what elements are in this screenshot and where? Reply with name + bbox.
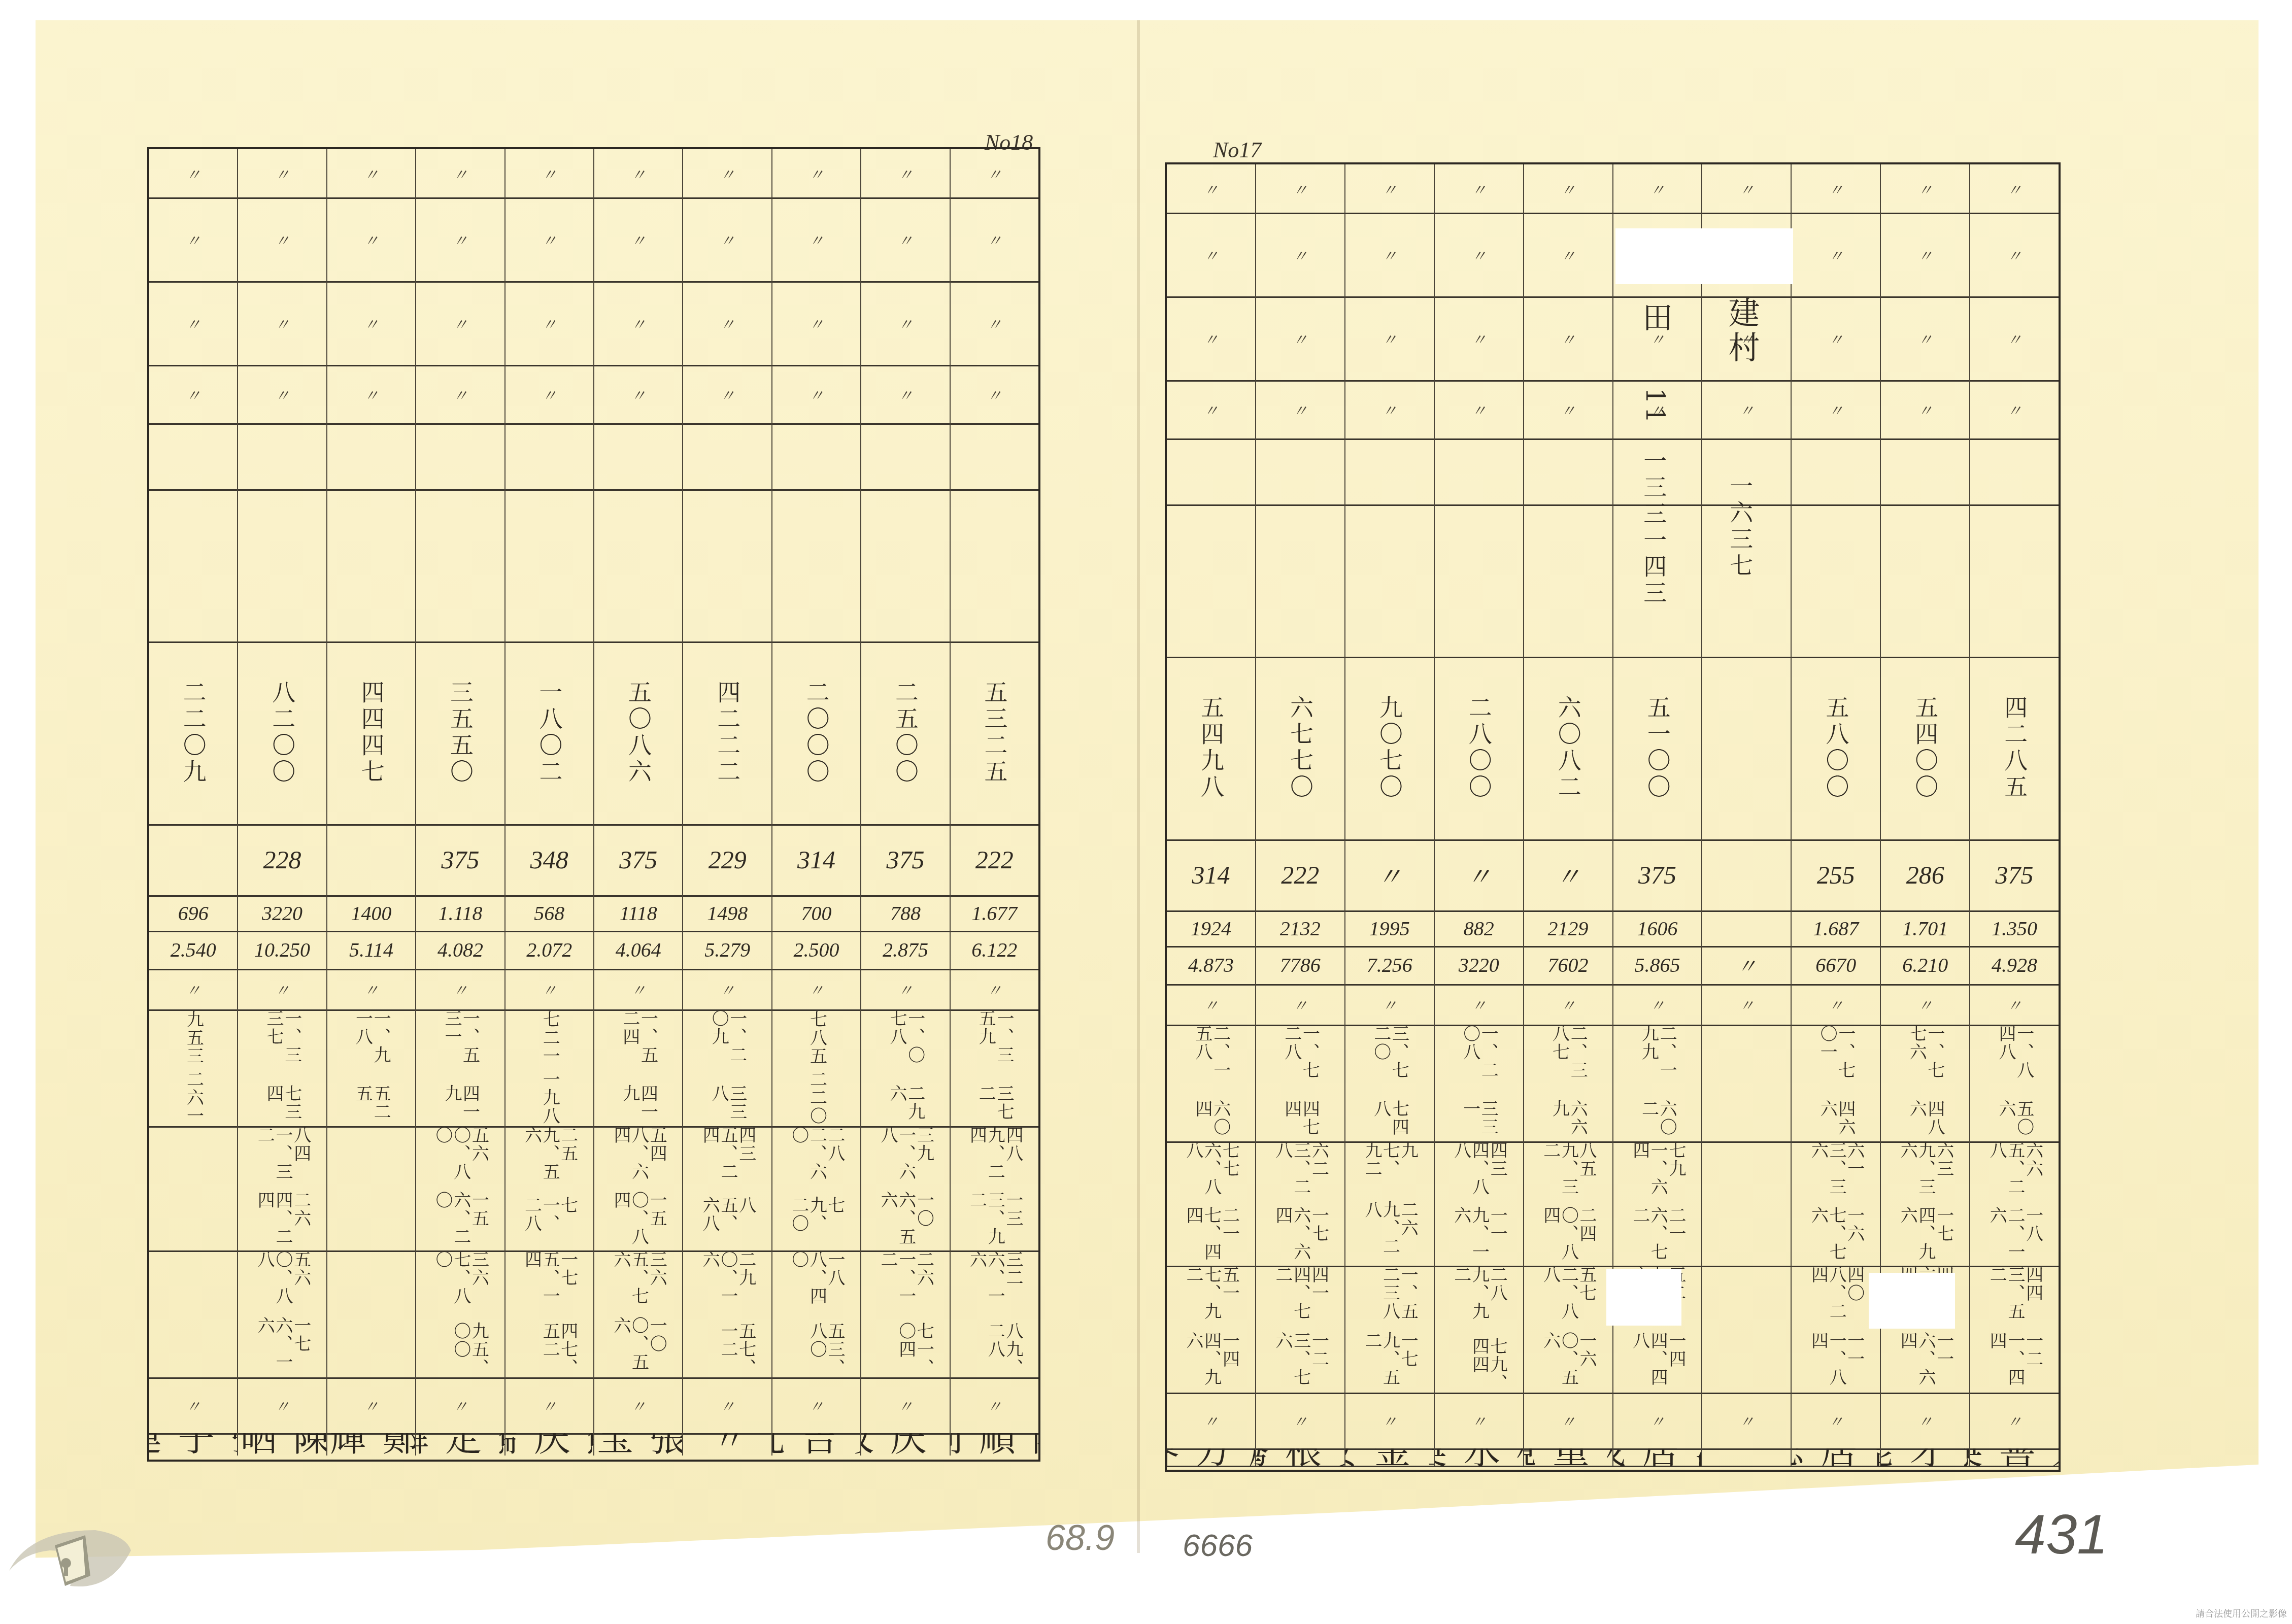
ditto-mark: 〃 [898, 1394, 913, 1416]
figure-value: 八五、六八 [700, 1196, 755, 1250]
ledger-cell: 〃 [1792, 213, 1881, 296]
figure-pair: 四六六一、七〇一 [1818, 1025, 1854, 1141]
ledger-cell [1792, 438, 1881, 504]
person-name: 王金安 [1345, 1448, 1435, 1466]
ledger-cell [505, 489, 594, 641]
ditto-mark: 〃 [987, 978, 1002, 1000]
ditto-mark: 〃 [1917, 398, 1933, 421]
ledger-cell: 228 [238, 824, 327, 895]
figure-value: 九五三 [184, 1010, 203, 1065]
ditto-mark: 〃 [542, 162, 557, 185]
ledger-cell: 255 [1792, 839, 1881, 910]
figure-pair: 一六七、七六六一三、三六 [1809, 1141, 1863, 1266]
ledger-cell: 一三三、九二四八九、二四 [951, 1126, 1038, 1250]
ditto-mark: 〃 [631, 162, 646, 185]
amount_a-value: 700 [801, 901, 832, 925]
ditto-mark: 〃 [1203, 398, 1219, 421]
ledger-cell: 〃 [1435, 839, 1524, 910]
ditto-mark: 〃 [987, 1394, 1002, 1416]
ledger-row-8: 228375348375229314375222 [149, 824, 1038, 897]
ledger-cell: 〃 [594, 149, 683, 197]
figure-pair: 一六〇、五六五七二、八八 [1541, 1266, 1595, 1393]
ledger-cell: 五二五一、九一八 [327, 1009, 416, 1126]
figure-value: 七一、〇四 [878, 1322, 932, 1377]
ledger-cell: 八五、六八四三五、二四 [683, 1126, 772, 1250]
amount_b-value: 3220 [1459, 953, 1499, 977]
ledger-cell: 1.118 [416, 895, 505, 931]
ditto-mark: 〃 [186, 978, 201, 1000]
figure-value: 一、〇七八 [887, 1009, 923, 1079]
ledger-cell [683, 423, 772, 489]
ledger-cell: 〃 [1256, 380, 1345, 438]
total-value: 二五〇〇 [893, 680, 918, 786]
ledger-cell [951, 423, 1038, 489]
person-name: 柯水吳 [1435, 1448, 1524, 1466]
ledger-row-16: 施万界黄根腾王金安柯水吳楊重鏡潘居茂許居忠蘇才能刘善英 [1167, 1448, 2059, 1467]
ditto-mark: 〃 [1561, 327, 1576, 350]
amount_b-value: 2.500 [794, 938, 839, 962]
ledger-row-5 [149, 423, 1038, 491]
ledger-cell: 5.114 [327, 931, 416, 969]
ledger-cell: 〃 [327, 281, 416, 365]
figure-value: 六六九 [1550, 1100, 1586, 1142]
total-value: 五三二五 [982, 680, 1006, 786]
figure-value: 二六一、一二 [878, 1250, 932, 1317]
figure-value: 九五、〇〇 [433, 1322, 487, 1377]
ledger-cell: 〃 [1345, 380, 1435, 438]
ledger-row-16: 張子連陳晒鄭輝蘇定舜蘇庆瑞張宝〃黄吉凡丁庆紋陳順利 [149, 1433, 1038, 1456]
ledger-row-7: 二二〇九八二〇〇四四四七三五五〇一八〇二五〇八六四二二二二〇〇〇二五〇〇五三二五 [149, 641, 1038, 826]
amount_a-value: 1606 [1637, 917, 1677, 940]
figure-value: 二、一五八 [1193, 1025, 1229, 1095]
figure-value: 二六一 [184, 1070, 203, 1125]
amount_b-value: 2.540 [171, 938, 216, 962]
ledger-cell [416, 423, 505, 489]
figure-value: 三九一、六八 [878, 1126, 932, 1186]
ledger-cell: 〃 [861, 281, 950, 365]
ledger-cell [238, 489, 327, 641]
ledger-row-14: 一七六、一六五六〇、八八九五、〇〇三六七、八〇四七、五二一七五、一四一〇〇、五六… [149, 1250, 1038, 1379]
ditto-mark: 〃 [542, 978, 557, 1000]
ditto-mark: 〃 [809, 1394, 824, 1416]
ledger-cell: 黄根腾 [1256, 1448, 1345, 1466]
ledger-cell: 二二〇七八五 [772, 1009, 861, 1126]
ledger-cell: 229 [683, 824, 772, 895]
ditto-mark: 〃 [1471, 993, 1487, 1016]
total-value: 五八〇〇 [1824, 695, 1848, 801]
ditto-mark: 〃 [631, 312, 646, 334]
ledger-cell: 〃 [1524, 164, 1613, 213]
ledger-cell: 〃 [238, 365, 327, 423]
ledger-row-12: 二六一九五三七三四一、三三七五二五一、九一八四一九一、五三一一九八七二一四一九一… [149, 1009, 1038, 1128]
amount_a-value: 568 [534, 901, 564, 925]
ledger-cell: 〃 [327, 1377, 416, 1433]
ledger-cell: 〃 [683, 365, 772, 423]
figure-value: 一七五、一四 [522, 1250, 577, 1317]
ledger-cell: 〃 [1613, 984, 1703, 1025]
ledger-cell [1970, 438, 2059, 504]
ditto-mark: 〃 [1561, 1409, 1576, 1432]
ledger-cell: 〃 [1970, 296, 2059, 380]
amount_a-value: 1.118 [438, 901, 482, 925]
ledger-cell: 〃 [861, 149, 950, 197]
ledger-cell: 〃 [149, 197, 238, 281]
ledger-cell: 八九、二八三二六、一六 [951, 1250, 1038, 1377]
ditto-mark: 〃 [1471, 398, 1487, 421]
ditto-mark: 〃 [631, 228, 646, 251]
ledger-cell: 二〇〇〇 [772, 641, 861, 824]
ledger-cell: 1.350 [1970, 910, 2059, 946]
ditto-mark: 〃 [631, 978, 646, 1000]
ditto-mark: 〃 [1739, 178, 1754, 200]
ledger-row-5 [1167, 438, 2059, 506]
ledger-cell: 陳晒 [238, 1433, 327, 1456]
amount_a-value: 1.687 [1813, 917, 1859, 940]
ledger-cell: 〃 [238, 197, 327, 281]
ledger-cell: 〃 [1524, 1393, 1613, 1448]
total-value: 三五五〇 [448, 680, 473, 786]
figure-value: 七九一、六四 [1630, 1141, 1684, 1201]
figure-pair: 二四〇、八四八五九、三二 [1541, 1141, 1595, 1266]
amount_b-value: 7602 [1548, 953, 1589, 977]
ditto-mark: 〃 [1203, 178, 1219, 200]
ledger-cell: 〃 [1881, 1393, 1970, 1448]
person-name: 刘善英 [1970, 1448, 2059, 1466]
amount_b-value: 6.122 [971, 938, 1017, 962]
ledger-cell: 568 [505, 895, 594, 931]
figure-value: 三七二 [976, 1085, 1013, 1127]
ledger-cell: 六六九二、三八七 [1524, 1025, 1613, 1141]
ledger-cell: 4.082 [416, 931, 505, 969]
rate-value: 〃 [1377, 857, 1402, 893]
ledger-cell: 〃 [1167, 984, 1256, 1025]
ledger-cell [1881, 504, 1970, 657]
figure-value: 一八二、一六 [1987, 1206, 2042, 1266]
figure-value: 五三、八〇 [789, 1322, 844, 1377]
figure-pair: 八五、六八四三五、二四 [700, 1126, 755, 1250]
ledger-cell: 7602 [1524, 946, 1613, 984]
ledger-cell: 三三一一、二〇八 [1435, 1025, 1524, 1141]
figure-pair: 一二三、七六四一四、七二 [1273, 1266, 1327, 1393]
amount_a-value: 788 [890, 901, 921, 925]
figure-value: 一〇〇、五六 [611, 1316, 665, 1377]
ledger-cell: 〃 [149, 149, 238, 197]
ditto-mark: 〃 [1917, 993, 1933, 1016]
ledger-cell: 三七二一、三五九 [951, 1009, 1038, 1126]
ledger-cell: 5.865 [1613, 946, 1703, 984]
person-name: 陳順利 [951, 1433, 1038, 1456]
ledger-cell: 〃 [1256, 1393, 1345, 1448]
ditto-mark: 〃 [2007, 244, 2022, 266]
ledger-cell: 潘居茂 [1613, 1448, 1703, 1466]
ditto-mark: 〃 [1293, 1409, 1308, 1432]
person-name: 許居忠 [1792, 1448, 1881, 1466]
ledger-cell [1792, 504, 1881, 657]
left-ledger-table: 〃〃〃〃〃〃〃〃〃〃〃〃〃〃〃〃〃〃〃〃〃〃〃〃〃〃〃〃〃〃〃〃〃〃〃〃〃〃〃〃… [147, 147, 1040, 1462]
ledger-cell: 〃 [1435, 213, 1524, 296]
figure-value: 一二三、七六 [1273, 1332, 1327, 1393]
figure-value: 三三八 [709, 1085, 745, 1127]
ledger-cell [1881, 438, 1970, 504]
ledger-cell: 〃 [149, 1377, 238, 1433]
ledger-cell: 〃 [861, 969, 950, 1009]
figure-pair: 一〇〇、五六三六五、七六 [611, 1250, 665, 1377]
ledger-cell: 施万界 [1167, 1448, 1256, 1466]
figure-value: 八五九、三二 [1541, 1141, 1595, 1201]
figure-value: 六三九、三六 [1898, 1141, 1952, 1201]
ledger-cell: 〃 [1970, 1393, 2059, 1448]
ledger-row-10: 2.54010.2505.1144.0822.0724.0645.2792.50… [149, 931, 1038, 970]
figure-value: 一九八 [540, 1070, 558, 1125]
figure-value: 一、五三一 [442, 1009, 478, 1079]
ledger-cell: 〃 [1702, 1393, 1792, 1448]
ledger-cell: 〃 [1970, 984, 2059, 1025]
rate-value: 229 [709, 845, 747, 874]
ledger-cell: 楊重鏡 [1524, 1448, 1613, 1466]
ditto-mark: 〃 [1293, 327, 1308, 350]
ledger-cell: 七九、四四二八九、九二 [1435, 1266, 1524, 1393]
figure-value: 二五九、五六 [522, 1126, 577, 1191]
ledger-cell: 〃 [1167, 380, 1256, 438]
figure-value: 一一六、六四 [1898, 1332, 1952, 1393]
ditto-mark: 〃 [1471, 1409, 1487, 1432]
figure-value: 六〇四 [1193, 1100, 1229, 1142]
usage-watermark: 請合法使用公開之影像 [2196, 1607, 2287, 1620]
ledger-cell: 七九、二〇二八二、六〇 [772, 1126, 861, 1250]
figure-value: 二九〇、一六 [700, 1250, 755, 1317]
figure-value: 三二六、一六 [967, 1250, 1022, 1317]
figure-value: 二四〇、八四 [1541, 1206, 1595, 1266]
figure-value: 七三四 [264, 1085, 300, 1127]
ledger-cell: 蘇庆瑞 [505, 1433, 594, 1456]
ledger-cell: 蘇定舜 [416, 1433, 505, 1456]
ditto-mark: 〃 [1561, 993, 1576, 1016]
ledger-cell [149, 1250, 238, 1377]
figure-value: 一、三五九 [976, 1009, 1013, 1079]
figure-pair: 五二五一、九一八 [353, 1009, 389, 1126]
figure-value: 一四四、四八 [1630, 1332, 1684, 1393]
person-name: 張宝 [594, 1433, 683, 1456]
figure-value: 一、七〇一 [1818, 1025, 1854, 1095]
ledger-cell: 6670 [1792, 946, 1881, 984]
figure-value: 四四三、五二 [1987, 1266, 2042, 1327]
ledger-cell: 一七四、九六六三九、三六 [1881, 1141, 1970, 1266]
figure-value: 六〇二 [1639, 1100, 1675, 1142]
person-name: 蘇庆瑞 [505, 1433, 594, 1456]
ledger-row-2: 〃〃〃〃〃〃〃〃〃〃 [149, 197, 1038, 283]
ledger-cell: 黄吉凡 [772, 1433, 861, 1456]
rate-value: 228 [263, 845, 301, 874]
ledger-cell: 〃 [416, 969, 505, 1009]
ledger-cell: 〃 [505, 197, 594, 281]
ledger-cell [1702, 839, 1792, 910]
total-value: 九〇七〇 [1377, 695, 1402, 801]
ledger-cell: 二九六一、〇七八 [861, 1009, 950, 1126]
ditto-mark: 〃 [1382, 244, 1397, 266]
figure-value: 七九、二〇 [789, 1196, 844, 1250]
ledger-cell [951, 489, 1038, 641]
ledger-cell [861, 489, 950, 641]
ledger-row-9: 696322014001.118568111814987007881.677 [149, 895, 1038, 932]
ledger-cell: 6.210 [1881, 946, 1970, 984]
ledger-cell: 〃 [1881, 380, 1970, 438]
redaction-block [1615, 228, 1793, 284]
figure-value: 一七四、九六 [1898, 1206, 1952, 1266]
ledger-cell: 〃 [505, 149, 594, 197]
ledger-cell: 〃 [1970, 164, 2059, 213]
ledger-cell: 一六〇、五六五七二、八八 [1524, 1266, 1613, 1393]
amount_a-value: 2132 [1280, 917, 1321, 940]
ledger-cell: 七一、二八二五九、五六 [505, 1126, 594, 1250]
ditto-mark: 〃 [453, 383, 468, 405]
amount_b-value: 4.064 [616, 938, 661, 962]
figure-pair: 二二〇七八五 [807, 1010, 826, 1125]
ledger-cell: 2132 [1256, 910, 1345, 946]
ledger-row-15: 〃〃〃〃〃〃〃〃〃〃 [149, 1377, 1038, 1435]
ledger-cell: 四七四一、七二八 [1256, 1025, 1345, 1141]
ledger-cell: 2.500 [772, 931, 861, 969]
ledger-cell: 696 [149, 895, 238, 931]
rate-value: 222 [1281, 860, 1319, 890]
ledger-cell [1702, 657, 1792, 839]
figure-value: 二八二、六〇 [789, 1126, 844, 1191]
ledger-row-1: 〃〃〃〃〃〃〃〃〃〃 [149, 149, 1038, 199]
figure-value: 六二三、二八 [1273, 1141, 1327, 1201]
ledger-cell: 一六七、七六六一三、三六 [1792, 1141, 1881, 1266]
ledger-cell: 375 [594, 824, 683, 895]
ditto-mark: 〃 [275, 228, 290, 251]
figure-value: 一、二〇九 [709, 1009, 745, 1079]
figure-pair: 九五、〇〇三六七、八〇 [433, 1250, 487, 1377]
ledger-cell [772, 489, 861, 641]
ledger-cell: 二六四、二四八四一、三二 [238, 1126, 327, 1250]
amount_b-value: 2.875 [883, 938, 928, 962]
figure-pair: 五七、一二二九〇、一六 [700, 1250, 755, 1377]
amount_a-value: 1498 [707, 901, 748, 925]
figure-value: 二八九、九二 [1452, 1266, 1506, 1332]
ledger-cell: 882 [1435, 910, 1524, 946]
ledger-cell: 〃 [1881, 164, 1970, 213]
ledger-cell: 〃 [861, 365, 950, 423]
ledger-cell: 〃 [1881, 296, 1970, 380]
person-name: 蘇定舜 [416, 1433, 505, 1456]
ledger-cell: 10.250 [238, 931, 327, 969]
ledger-cell: 七四八三、七二〇 [1345, 1025, 1435, 1141]
ledger-cell [327, 1126, 416, 1250]
ledger-cell: 〃 [594, 1377, 683, 1433]
ledger-cell: 〃 [683, 281, 772, 365]
ledger-cell: 〃 [416, 1377, 505, 1433]
ledger-cell: 〃 [505, 1377, 594, 1433]
amount_b-value: 7786 [1280, 953, 1321, 977]
ditto-mark: 〃 [1471, 178, 1487, 200]
ledger-cell [1702, 1025, 1792, 1141]
ditto-mark: 〃 [1203, 1409, 1219, 1432]
ditto-mark: 〃 [275, 312, 290, 334]
redaction-block [1869, 1273, 1955, 1329]
ledger-cell: 二八〇〇 [1435, 657, 1524, 839]
amount_a-value: 1924 [1191, 917, 1231, 940]
figure-value: 一四四、九六 [1184, 1332, 1238, 1393]
total-value: 四二二二 [715, 680, 739, 786]
ledger-row-3: 〃〃〃〃〃〃〃〃〃〃 [1167, 296, 2059, 382]
person-name: 潘居茂 [1613, 1448, 1703, 1466]
ledger-cell: 〃 [861, 1377, 950, 1433]
amount_b-value: 10.250 [254, 938, 310, 962]
ledger-cell: 7786 [1256, 946, 1345, 984]
ledger-cell: 222 [1256, 839, 1345, 910]
ledger-cell [1702, 910, 1792, 946]
ledger-cell: 五一〇〇 [1613, 657, 1703, 839]
right-page-number: No17 [1213, 137, 1261, 163]
ledger-cell: 222 [951, 824, 1038, 895]
figure-value: 一、三三七 [264, 1009, 300, 1079]
ledger-cell [683, 489, 772, 641]
amount_a-value: 3220 [262, 901, 302, 925]
figure-value: 一七九、五二 [1362, 1332, 1417, 1393]
ledger-cell: 1606 [1613, 910, 1703, 946]
pencil-mark-left: 68.9 [1046, 1517, 1115, 1558]
figure-pair: 四七、五二一七五、一四 [522, 1250, 577, 1377]
ledger-cell: 〃 [1792, 380, 1881, 438]
ledger-cell: 丁庆紋 [861, 1433, 950, 1456]
ledger-cell: 鄭輝 [327, 1433, 416, 1456]
ledger-cell: 〃 [772, 197, 861, 281]
amount_a-value: 696 [178, 901, 209, 925]
amount_b-value: 7.256 [1367, 953, 1412, 977]
ditto-mark: 〃 [2007, 398, 2022, 421]
ledger-cell: 700 [772, 895, 861, 931]
figure-value: 一五六、二〇 [433, 1191, 487, 1251]
person-name: 黄根腾 [1256, 1448, 1345, 1466]
figure-pair: 七九、四四二八九、九二 [1452, 1266, 1506, 1393]
ledger-cell: 〃 [951, 149, 1038, 197]
ditto-mark: 〃 [898, 383, 913, 405]
figure-pair: 二六四、二四八四一、三二 [255, 1126, 310, 1250]
figure-pair: 一二一、四四四四三、五二 [1987, 1266, 2042, 1393]
figure-value: 五二五 [353, 1085, 389, 1127]
figure-pair: 二六一九五三 [184, 1010, 203, 1125]
figure-value: 一、五二三八 [1362, 1266, 1417, 1327]
ditto-mark: 〃 [364, 1394, 379, 1416]
ledger-cell: 〃 [683, 197, 772, 281]
ledger-row-9: 192421321995882212916061.6871.7011.350 [1167, 910, 2059, 948]
figure-value: 一七六、六四 [1273, 1206, 1327, 1266]
ditto-mark: 〃 [186, 162, 201, 185]
ledger-cell [149, 824, 238, 895]
ledger-cell: 一八〇二 [505, 641, 594, 824]
ledger-cell: 〃 [683, 1433, 772, 1456]
ledger-cell: 五三二五 [951, 641, 1038, 824]
ditto-mark: 〃 [275, 978, 290, 1000]
ledger-row-11: 〃〃〃〃〃〃〃〃〃〃 [1167, 984, 2059, 1026]
ditto-mark: 〃 [275, 162, 290, 185]
ditto-mark: 〃 [809, 162, 824, 185]
amount_b-value: 2.072 [526, 938, 572, 962]
ledger-cell: 〃 [1792, 296, 1881, 380]
figure-pair: 四八六一、七七六 [1907, 1025, 1943, 1141]
rate-value: 286 [1906, 860, 1944, 890]
ditto-mark: 〃 [1739, 993, 1754, 1016]
ditto-mark: 〃 [186, 228, 201, 251]
redaction-block [1606, 1269, 1681, 1326]
ledger-cell: 〃 [1524, 296, 1613, 380]
figure-pair: 四七四一、七二八 [1282, 1025, 1318, 1141]
ledger-cell: 〃 [1345, 164, 1435, 213]
amount_b-value: 5.865 [1634, 953, 1680, 977]
ledger-cell: 〃 [238, 281, 327, 365]
ledger-cell: 〃 [1435, 984, 1524, 1025]
